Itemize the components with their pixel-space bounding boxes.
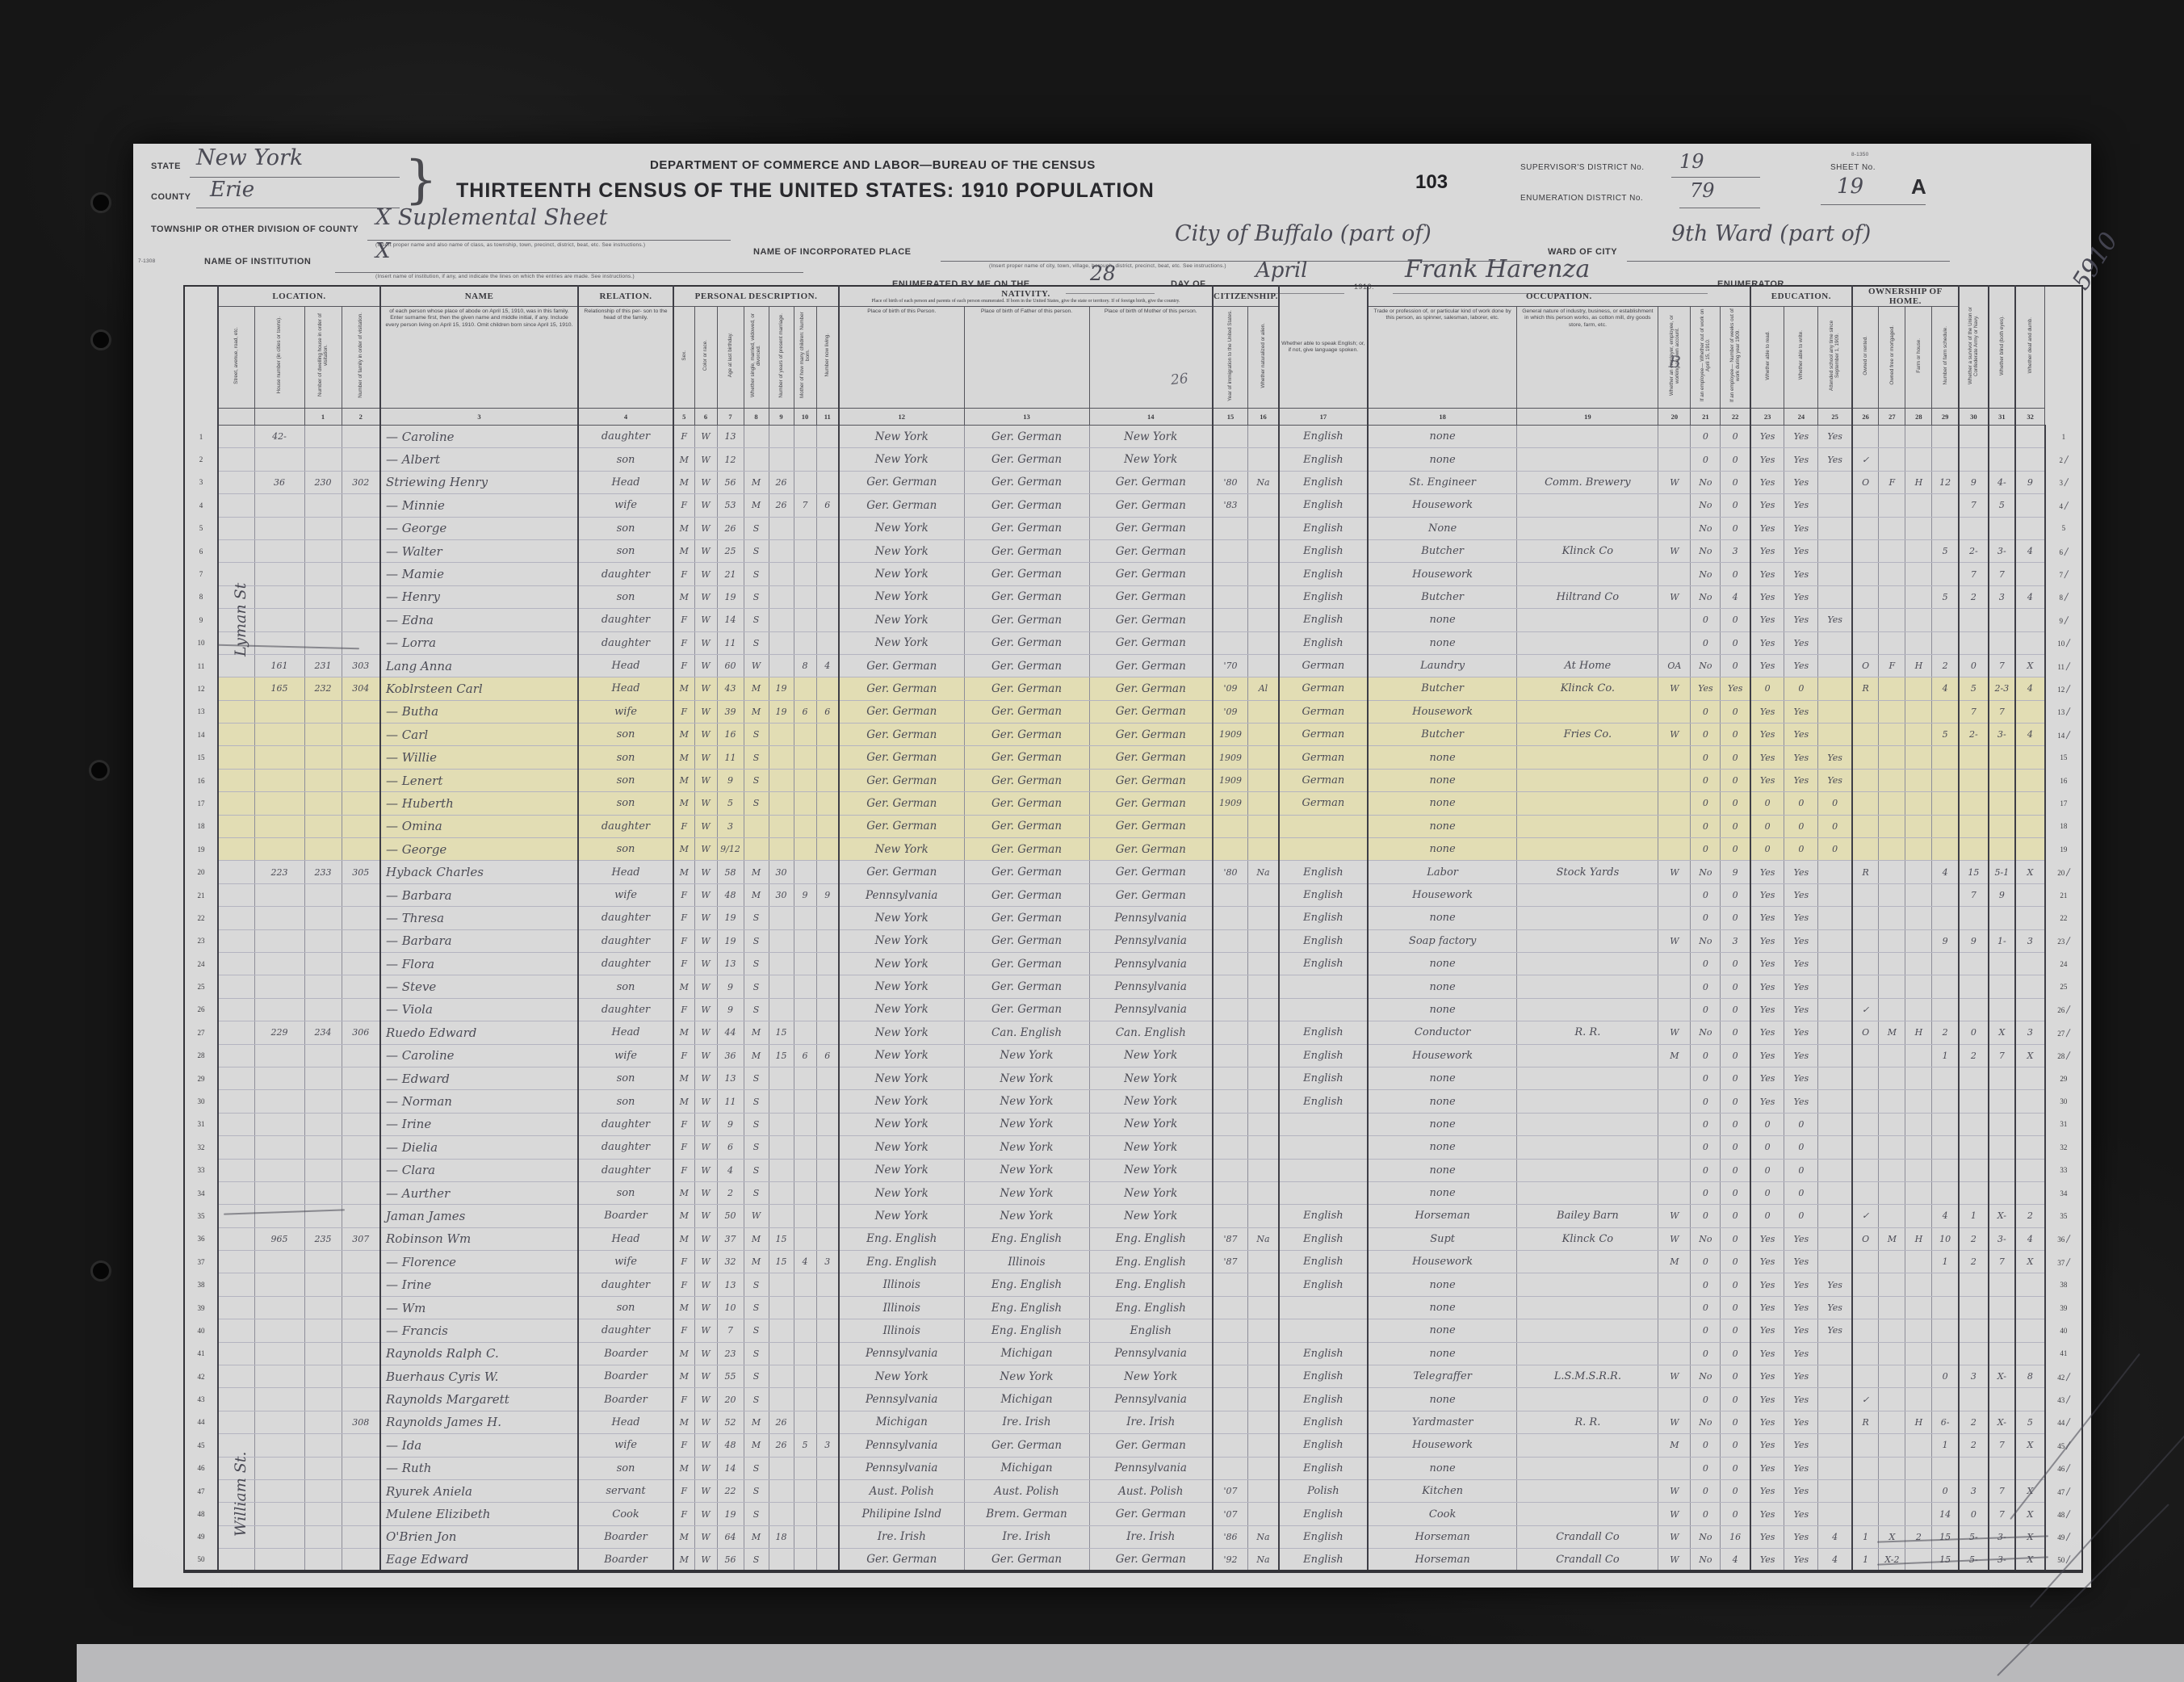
cell-c16: Pennsylvania (1089, 998, 1213, 1021)
cell-c7: M (673, 1296, 694, 1319)
street-name: William St. (232, 1451, 249, 1537)
cell-c6: Head (578, 1021, 673, 1044)
cell-c11: 15 (769, 1044, 794, 1067)
cell-c31: 5 (1932, 539, 1959, 562)
cell-c34 (2015, 998, 2045, 1021)
cell-c4 (342, 1113, 380, 1135)
cell-c5: O'Brien Jon (380, 1525, 578, 1548)
cell-c19: German (1279, 677, 1368, 700)
cell-c19: English (1279, 1021, 1368, 1044)
cell-c9: 13 (717, 1273, 744, 1296)
cell-c27 (1818, 929, 1852, 952)
cell-c22: M (1658, 1251, 1691, 1273)
cell-c33: 3- (1989, 539, 2015, 562)
cell-c2 (254, 1365, 304, 1388)
cell-c34 (2015, 426, 2045, 448)
enumerated-day: 28 (1090, 262, 1116, 285)
cell-c23: 0 (1691, 1342, 1721, 1365)
cell-c27 (1818, 1251, 1852, 1273)
cell-c3 (304, 975, 342, 998)
census-row-31: 31— IrinedaughterFW9SNew YorkNew YorkNew… (184, 1113, 2082, 1135)
township-value: X Suplemental Sheet (375, 205, 607, 230)
census-row-7: 7— MamiedaughterFW21SNew YorkGer. German… (184, 563, 2082, 585)
cell-c31 (1932, 1296, 1959, 1319)
cell-c19: English (1279, 1090, 1368, 1113)
census-row-26: 26— VioladaughterFW9SNew YorkGer. German… (184, 998, 2082, 1021)
cell-c11: 19 (769, 700, 794, 723)
cell-c17 (1213, 1205, 1248, 1227)
cell-c11: 15 (769, 1021, 794, 1044)
cell-c28 (1852, 1251, 1879, 1273)
cell-c24: 0 (1721, 1227, 1750, 1250)
cell-c6: Boarder (578, 1388, 673, 1411)
cell-c33: 2-3 (1989, 677, 2015, 700)
cell-c24: 0 (1721, 448, 1750, 471)
cell-c32: 0 (1959, 1021, 1989, 1044)
cell-c31: 14 (1932, 1503, 1959, 1525)
cell-c15: New York (964, 1044, 1089, 1067)
cell-c18 (1248, 654, 1279, 677)
cell-c7: F (673, 1503, 694, 1525)
cell-c6: Boarder (578, 1205, 673, 1227)
cell-c28: R (1852, 861, 1879, 883)
cell-c27 (1818, 677, 1852, 700)
cell-c17: 1909 (1213, 792, 1248, 815)
cell-c29 (1879, 1411, 1905, 1433)
cell-c5: — Minnie (380, 494, 578, 517)
cell-c13 (816, 517, 839, 539)
cell-c3 (304, 769, 342, 791)
cell-c13: 6 (816, 700, 839, 723)
cell-c21 (1517, 426, 1658, 448)
cell-c5: Ryurek Aniela (380, 1479, 578, 1502)
cell-c16: Ger. German (1089, 1434, 1213, 1457)
line-number-right: 6 ∕ (2045, 539, 2082, 562)
cell-c4 (342, 975, 380, 998)
cell-c24: 4 (1721, 1549, 1750, 1571)
cell-c30 (1905, 975, 1932, 998)
cell-c9: 53 (717, 494, 744, 517)
cell-c28 (1852, 929, 1879, 952)
cell-c1 (218, 746, 254, 769)
cell-c3 (304, 792, 342, 815)
cell-c25: Yes (1750, 1434, 1784, 1457)
cell-c20: none (1368, 448, 1517, 471)
cell-c10: S (744, 1319, 769, 1342)
cell-c18 (1248, 1251, 1279, 1273)
cell-c13 (816, 609, 839, 631)
cell-c13 (816, 1090, 839, 1113)
cell-c16: Ger. German (1089, 815, 1213, 837)
cell-c30 (1905, 1251, 1932, 1273)
cell-c2 (254, 1159, 304, 1181)
page-stamp: 103 (1415, 171, 1448, 194)
cell-c3 (304, 1044, 342, 1067)
cell-c14: Ger. German (839, 494, 964, 517)
cell-c33 (1989, 1296, 2015, 1319)
cell-c9: 11 (717, 1090, 744, 1113)
cell-c22 (1658, 448, 1691, 471)
cell-c3 (304, 1365, 342, 1388)
line-number-right: 38 (2045, 1273, 2082, 1296)
cell-c16: Pennsylvania (1089, 929, 1213, 952)
line-number-right: 20 ∕ (2045, 861, 2082, 883)
cell-c25: Yes (1750, 975, 1784, 998)
cell-c16: Ger. German (1089, 517, 1213, 539)
cell-c34 (2015, 517, 2045, 539)
cell-c32 (1959, 746, 1989, 769)
cell-c11 (769, 1067, 794, 1089)
cell-c9: 11 (717, 746, 744, 769)
cell-c33: 7 (1989, 700, 2015, 723)
cell-c1 (218, 1365, 254, 1388)
cell-c7: F (673, 426, 694, 448)
cell-c4: 306 (342, 1021, 380, 1044)
cell-c23: 0 (1691, 700, 1721, 723)
cell-c2 (254, 1503, 304, 1525)
cell-c27 (1818, 1227, 1852, 1250)
line-number-right: 29 (2045, 1067, 2082, 1089)
cell-c12 (794, 609, 816, 631)
cell-c13 (816, 1457, 839, 1479)
census-row-32: 32— DieliadaughterFW6SNew YorkNew YorkNe… (184, 1136, 2082, 1159)
cell-c14: Ger. German (839, 654, 964, 677)
cell-c7: M (673, 769, 694, 791)
cell-c14: New York (839, 1159, 964, 1181)
cell-c3 (304, 1205, 342, 1227)
cell-c29: F (1879, 471, 1905, 493)
cell-c25: Yes (1750, 929, 1784, 952)
cell-c11 (769, 631, 794, 654)
cell-c18 (1248, 563, 1279, 585)
cell-c16: Pennsylvania (1089, 952, 1213, 975)
cell-c3 (304, 700, 342, 723)
cell-c34: 5 (2015, 1411, 2045, 1433)
cell-c19: German (1279, 746, 1368, 769)
cell-c32 (1959, 1159, 1989, 1181)
cell-c9: 5 (717, 792, 744, 815)
cell-c28: R (1852, 1411, 1879, 1433)
hole-punch (90, 192, 111, 213)
cell-c15: Michigan (964, 1457, 1089, 1479)
cell-c25: Yes (1750, 609, 1784, 631)
cell-c2: 36 (254, 471, 304, 493)
cell-c28: ✓ (1852, 1388, 1879, 1411)
cell-c10: S (744, 724, 769, 746)
cell-c21 (1517, 1159, 1658, 1181)
cell-c34 (2015, 1273, 2045, 1296)
cell-c5: — Walter (380, 539, 578, 562)
census-row-1: 142-— CarolinedaughterFW13New YorkGer. G… (184, 426, 2082, 448)
cell-c8: W (694, 1044, 717, 1067)
cell-c9: 23 (717, 1342, 744, 1365)
cell-c30 (1905, 724, 1932, 746)
cell-c3 (304, 1067, 342, 1089)
cell-c21: Hiltrand Co (1517, 585, 1658, 608)
cell-c11 (769, 1090, 794, 1113)
cell-c12 (794, 1479, 816, 1502)
cell-c2 (254, 494, 304, 517)
cell-c31: 1 (1932, 1251, 1959, 1273)
cell-c31: 6- (1932, 1411, 1959, 1433)
cell-c2 (254, 700, 304, 723)
cell-c14: Illinois (839, 1319, 964, 1342)
cell-c26: 0 (1784, 792, 1818, 815)
cell-c17 (1213, 1067, 1248, 1089)
cell-c25: 0 (1750, 815, 1784, 837)
cell-c33: X- (1989, 1205, 2015, 1227)
cell-c8: W (694, 631, 717, 654)
cell-c27 (1818, 883, 1852, 906)
cell-c5: — Viola (380, 998, 578, 1021)
cell-c25: 0 (1750, 1113, 1784, 1135)
line-number-right: 7 ∕ (2045, 563, 2082, 585)
cell-c32: 7 (1959, 700, 1989, 723)
cell-c18 (1248, 1090, 1279, 1113)
cell-c17 (1213, 815, 1248, 837)
cell-c15: Eng. English (964, 1296, 1089, 1319)
cell-c9: 50 (717, 1205, 744, 1227)
cell-c5: — Dielia (380, 1136, 578, 1159)
cell-c33: 5-1 (1989, 861, 2015, 883)
cell-c10: S (744, 1273, 769, 1296)
cell-c25: Yes (1750, 1021, 1784, 1044)
cell-c6: daughter (578, 426, 673, 448)
cell-c15: Ger. German (964, 426, 1089, 448)
cell-c33 (1989, 448, 2015, 471)
cell-c1 (218, 1021, 254, 1044)
cell-c34 (2015, 1090, 2045, 1113)
cell-c4 (342, 769, 380, 791)
cell-c7: F (673, 654, 694, 677)
cell-c2: 161 (254, 654, 304, 677)
cell-c17 (1213, 609, 1248, 631)
cell-c21 (1517, 1090, 1658, 1113)
brace-glyph: } (405, 150, 438, 210)
cell-c4 (342, 815, 380, 837)
cell-c15: Ger. German (964, 563, 1089, 585)
cell-c28 (1852, 700, 1879, 723)
cell-c12: 9 (794, 883, 816, 906)
cell-c21 (1517, 1296, 1658, 1319)
cell-c26: Yes (1784, 1090, 1818, 1113)
cell-c18 (1248, 539, 1279, 562)
cell-c7: F (673, 631, 694, 654)
cell-c31 (1932, 746, 1959, 769)
cell-c10: M (744, 1434, 769, 1457)
cell-c6: son (578, 724, 673, 746)
cell-c19 (1279, 1159, 1368, 1181)
cell-c26: Yes (1784, 585, 1818, 608)
cell-c7: F (673, 1044, 694, 1067)
cell-c31 (1932, 792, 1959, 815)
cell-c23: 0 (1691, 1090, 1721, 1113)
cell-c26: Yes (1784, 1021, 1818, 1044)
cell-c17 (1213, 1319, 1248, 1342)
cell-c10: W (744, 1205, 769, 1227)
cell-c23: 0 (1691, 1388, 1721, 1411)
cell-c15: Ger. German (964, 883, 1089, 906)
cell-c19: English (1279, 929, 1368, 952)
cell-c34 (2015, 448, 2045, 471)
cell-c3 (304, 609, 342, 631)
cell-c9: 13 (717, 426, 744, 448)
cell-c19: English (1279, 585, 1368, 608)
cell-c27 (1818, 1365, 1852, 1388)
cell-c19 (1279, 998, 1368, 1021)
cell-c22: W (1658, 1227, 1691, 1250)
cell-c4 (342, 998, 380, 1021)
cell-c30: H (1905, 1411, 1932, 1433)
cell-c7: M (673, 517, 694, 539)
line-number-left: 27 (184, 1021, 218, 1044)
cell-c22 (1658, 1159, 1691, 1181)
cell-c28 (1852, 609, 1879, 631)
cell-c19: German (1279, 792, 1368, 815)
cell-c3 (304, 998, 342, 1021)
cell-c14: New York (839, 631, 964, 654)
cell-c2 (254, 1067, 304, 1089)
cell-c8: W (694, 563, 717, 585)
cell-c33: 3- (1989, 1227, 2015, 1250)
cell-c14: New York (839, 975, 964, 998)
line-number-right: 22 (2045, 907, 2082, 929)
cell-c7: M (673, 1181, 694, 1204)
cell-c22: W (1658, 1365, 1691, 1388)
cell-c33 (1989, 907, 2015, 929)
cell-c26: Yes (1784, 448, 1818, 471)
cell-c30 (1905, 1388, 1932, 1411)
census-sheet: STATE New York COUNTY Erie } TOWNSHIP OR… (133, 144, 2091, 1588)
cell-c15: Ger. German (964, 838, 1089, 861)
cell-c16: New York (1089, 1205, 1213, 1227)
cell-c1 (218, 952, 254, 975)
cell-c22 (1658, 1067, 1691, 1089)
cell-c15: Eng. English (964, 1273, 1089, 1296)
cell-c19: English (1279, 609, 1368, 631)
cell-c34: 4 (2015, 677, 2045, 700)
cell-c27 (1818, 975, 1852, 998)
cell-c19: English (1279, 631, 1368, 654)
cell-c8: W (694, 975, 717, 998)
cell-c18: Al (1248, 677, 1279, 700)
cell-c11 (769, 1296, 794, 1319)
cell-c13 (816, 1067, 839, 1089)
cell-c10 (744, 426, 769, 448)
cell-c18 (1248, 494, 1279, 517)
cell-c3 (304, 1342, 342, 1365)
cell-c11: 19 (769, 677, 794, 700)
cell-c3 (304, 1296, 342, 1319)
cell-c1 (218, 471, 254, 493)
cell-c32: 7 (1959, 494, 1989, 517)
cell-c7: M (673, 861, 694, 883)
cell-c17 (1213, 1365, 1248, 1388)
cell-c29 (1879, 1479, 1905, 1502)
cell-c1 (218, 1044, 254, 1067)
cell-c22 (1658, 883, 1691, 906)
cell-c6: daughter (578, 1113, 673, 1135)
cell-c11: 26 (769, 471, 794, 493)
cell-c11 (769, 998, 794, 1021)
cell-c32: 1 (1959, 1205, 1989, 1227)
cell-c15: Ire. Irish (964, 1411, 1089, 1433)
cell-c28: ✓ (1852, 998, 1879, 1021)
cell-c25: Yes (1750, 952, 1784, 975)
cell-c9: 4 (717, 1159, 744, 1181)
line-number-right: 34 (2045, 1181, 2082, 1204)
cell-c29 (1879, 1457, 1905, 1479)
cell-c20: none (1368, 1067, 1517, 1089)
cell-c15: Michigan (964, 1388, 1089, 1411)
cell-c6: wife (578, 1434, 673, 1457)
census-row-29: 29— EdwardsonMW13SNew YorkNew YorkNew Yo… (184, 1067, 2082, 1089)
line-number-right: 4 ∕ (2045, 494, 2082, 517)
cell-c6: son (578, 1181, 673, 1204)
cell-c22: W (1658, 677, 1691, 700)
cell-c13 (816, 1319, 839, 1342)
cell-c34 (2015, 746, 2045, 769)
cell-c12 (794, 517, 816, 539)
census-row-46: 46— RuthsonMW14SPennsylvaniaMichiganPenn… (184, 1457, 2082, 1479)
census-table-wrap: LOCATION.NAMERELATION.PERSONAL DESCRIPTI… (183, 285, 2083, 1573)
cell-c17 (1213, 1434, 1248, 1457)
cell-c13 (816, 792, 839, 815)
cell-c11 (769, 838, 794, 861)
cell-c19 (1279, 1296, 1368, 1319)
cell-c7: M (673, 585, 694, 608)
cell-c32 (1959, 517, 1989, 539)
cell-c15: Ger. German (964, 539, 1089, 562)
cell-c12 (794, 1411, 816, 1433)
cell-c12 (794, 631, 816, 654)
cell-c14: New York (839, 1021, 964, 1044)
cell-c7: F (673, 1388, 694, 1411)
cell-c30 (1905, 792, 1932, 815)
cell-c27: 0 (1818, 815, 1852, 837)
cell-c7: M (673, 724, 694, 746)
cell-c11 (769, 1457, 794, 1479)
cell-c4 (342, 1342, 380, 1365)
cell-c8: W (694, 1457, 717, 1479)
cell-c3 (304, 517, 342, 539)
cell-c10: S (744, 998, 769, 1021)
cell-c21: R. R. (1517, 1021, 1658, 1044)
line-number-right: 48 ∕ (2045, 1503, 2082, 1525)
cell-c27 (1818, 585, 1852, 608)
cell-c14: Illinois (839, 1296, 964, 1319)
cell-c22 (1658, 975, 1691, 998)
cell-c19 (1279, 815, 1368, 837)
cell-c18 (1248, 815, 1279, 837)
cell-c33 (1989, 631, 2015, 654)
cell-c31 (1932, 700, 1959, 723)
cell-c11 (769, 448, 794, 471)
cell-c20: Housework (1368, 563, 1517, 585)
cell-c3 (304, 1388, 342, 1411)
cell-c1 (218, 1251, 254, 1273)
cell-c32: 9 (1959, 471, 1989, 493)
cell-c24: 0 (1721, 563, 1750, 585)
cell-c10: S (744, 769, 769, 791)
line-number-left: 31 (184, 1113, 218, 1135)
cell-c1 (218, 1549, 254, 1571)
cell-c10: S (744, 1342, 769, 1365)
cell-c33 (1989, 1319, 2015, 1342)
cell-c9: 58 (717, 861, 744, 883)
cell-c23: 0 (1691, 1273, 1721, 1296)
institution-label: NAME OF INSTITUTION (204, 257, 311, 266)
